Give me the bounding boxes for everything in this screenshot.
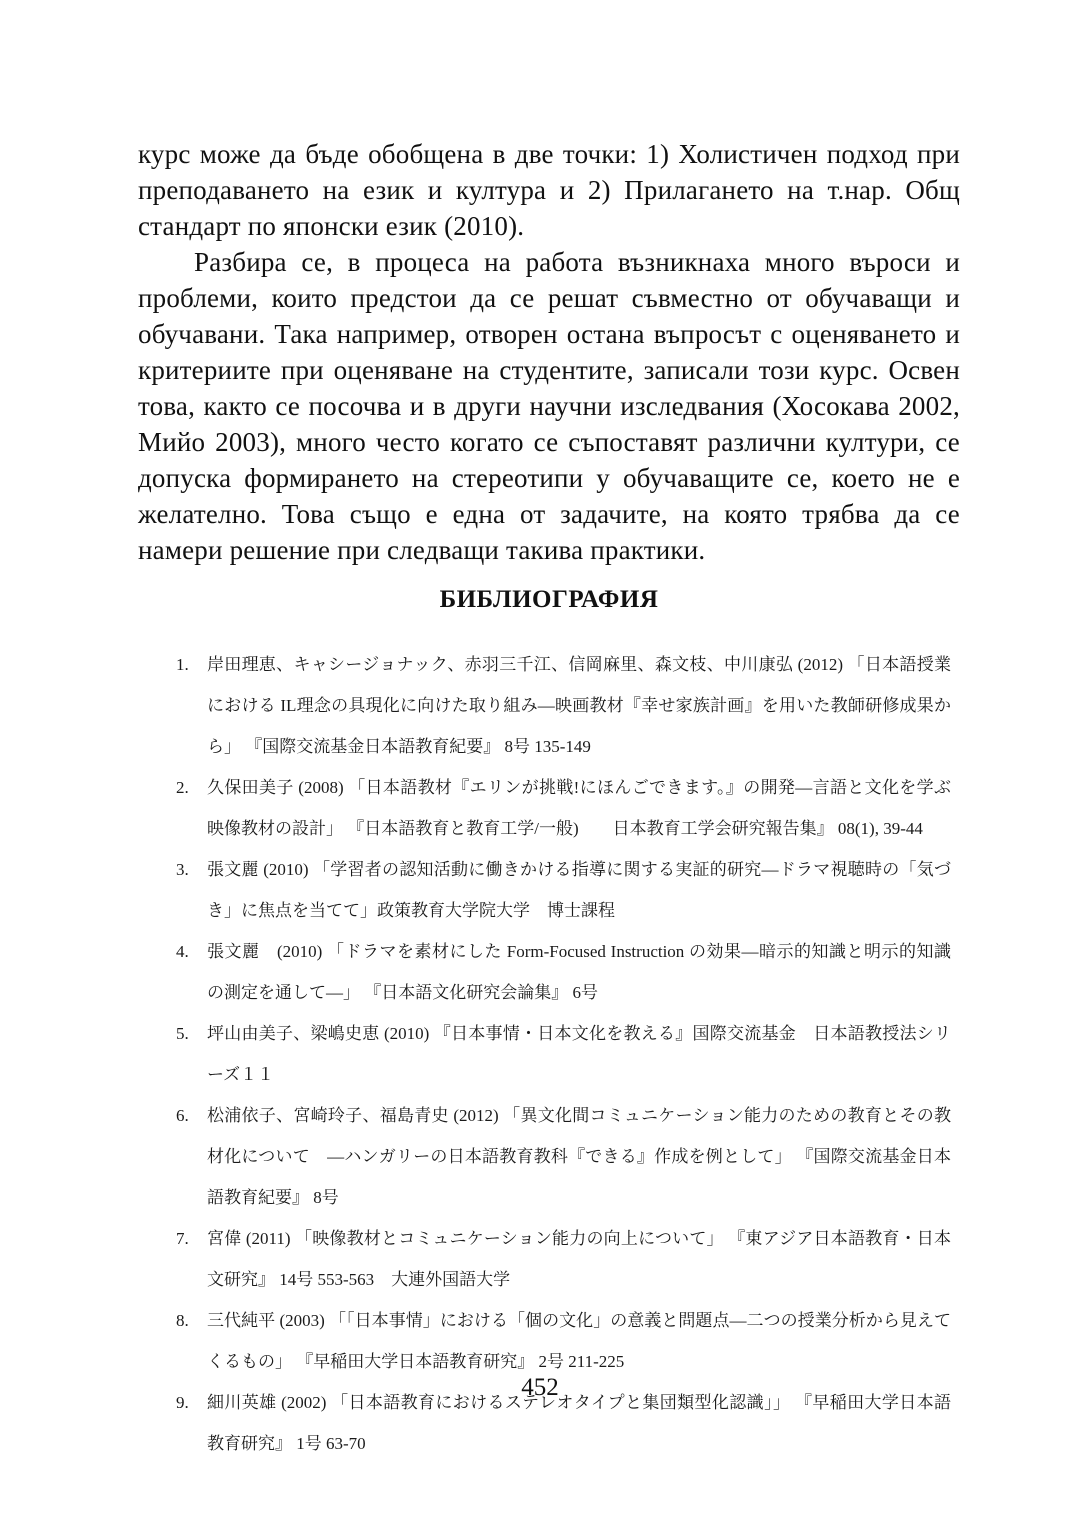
bibliography-heading: БИБЛИОГРАФИЯ: [138, 586, 960, 614]
entry-text: 張文麗 (2010) 「学習者の認知活動に働きかける指導に関する実証的研究―ドラ…: [207, 860, 951, 920]
paragraph-continuation: курс може да бъде обобщена в две точки: …: [138, 136, 960, 244]
bibliography-entry: 5. 坪山由美子、梁嶋史恵 (2010) 『日本事情・日本文化を教える』国際交流…: [176, 1013, 951, 1095]
bibliography-entry: 8. 三代純平 (2003) 「「日本事情」における「個の文化」の意義と問題点―…: [176, 1300, 951, 1382]
entry-text: 久保田美子 (2008) 「日本語教材『エリンが挑戦!にほんごできます。』の開発…: [207, 778, 951, 838]
entry-text: 宮偉 (2011) 「映像教材とコミュニケーション能力の向上について」 『東アジ…: [207, 1229, 951, 1289]
bibliography-entry: 7. 宮偉 (2011) 「映像教材とコミュニケーション能力の向上について」 『…: [176, 1218, 951, 1300]
paragraph-main: Разбира се, в процеса на работа възникна…: [138, 244, 960, 568]
entry-number: 7.: [176, 1218, 202, 1259]
page-number: 452: [0, 1374, 1080, 1402]
entry-number: 1.: [176, 644, 202, 685]
body-text: курс може да бъде обобщена в две точки: …: [138, 136, 960, 1464]
bibliography-entry: 6. 松浦依子、宮崎玲子、福島青史 (2012) 「異文化間コミュニケーション能…: [176, 1095, 951, 1218]
entry-text: 三代純平 (2003) 「「日本事情」における「個の文化」の意義と問題点―二つの…: [207, 1311, 951, 1371]
entry-text: 松浦依子、宮崎玲子、福島青史 (2012) 「異文化間コミュニケーション能力のた…: [207, 1106, 951, 1207]
entry-number: 8.: [176, 1300, 202, 1341]
entry-text: 張文麗 (2010) 「ドラマを素材にした Form-Focused Instr…: [207, 942, 951, 1002]
entry-number: 6.: [176, 1095, 202, 1136]
bibliography-entry: 1. 岸田理恵、キャシージョナック、赤羽三千江、信岡麻里、森文枝、中川康弘 (2…: [176, 644, 951, 767]
entry-text: 坪山由美子、梁嶋史恵 (2010) 『日本事情・日本文化を教える』国際交流基金 …: [207, 1024, 951, 1084]
entry-text: 細川英雄 (2002) 「日本語教育におけるステレオタイプと集団類型化認識」」 …: [207, 1393, 951, 1453]
entry-number: 4.: [176, 931, 202, 972]
entry-number: 2.: [176, 767, 202, 808]
bibliography-entry: 3. 張文麗 (2010) 「学習者の認知活動に働きかける指導に関する実証的研究…: [176, 849, 951, 931]
bibliography-entry: 4. 張文麗 (2010) 「ドラマを素材にした Form-Focused In…: [176, 931, 951, 1013]
bibliography-list: 1. 岸田理恵、キャシージョナック、赤羽三千江、信岡麻里、森文枝、中川康弘 (2…: [176, 644, 951, 1464]
document-page: курс може да бъде обобщена в две точки: …: [0, 0, 1080, 1530]
entry-text: 岸田理恵、キャシージョナック、赤羽三千江、信岡麻里、森文枝、中川康弘 (2012…: [207, 655, 951, 756]
entry-number: 3.: [176, 849, 202, 890]
entry-number: 5.: [176, 1013, 202, 1054]
bibliography-entry: 2. 久保田美子 (2008) 「日本語教材『エリンが挑戦!にほんごできます。』…: [176, 767, 951, 849]
